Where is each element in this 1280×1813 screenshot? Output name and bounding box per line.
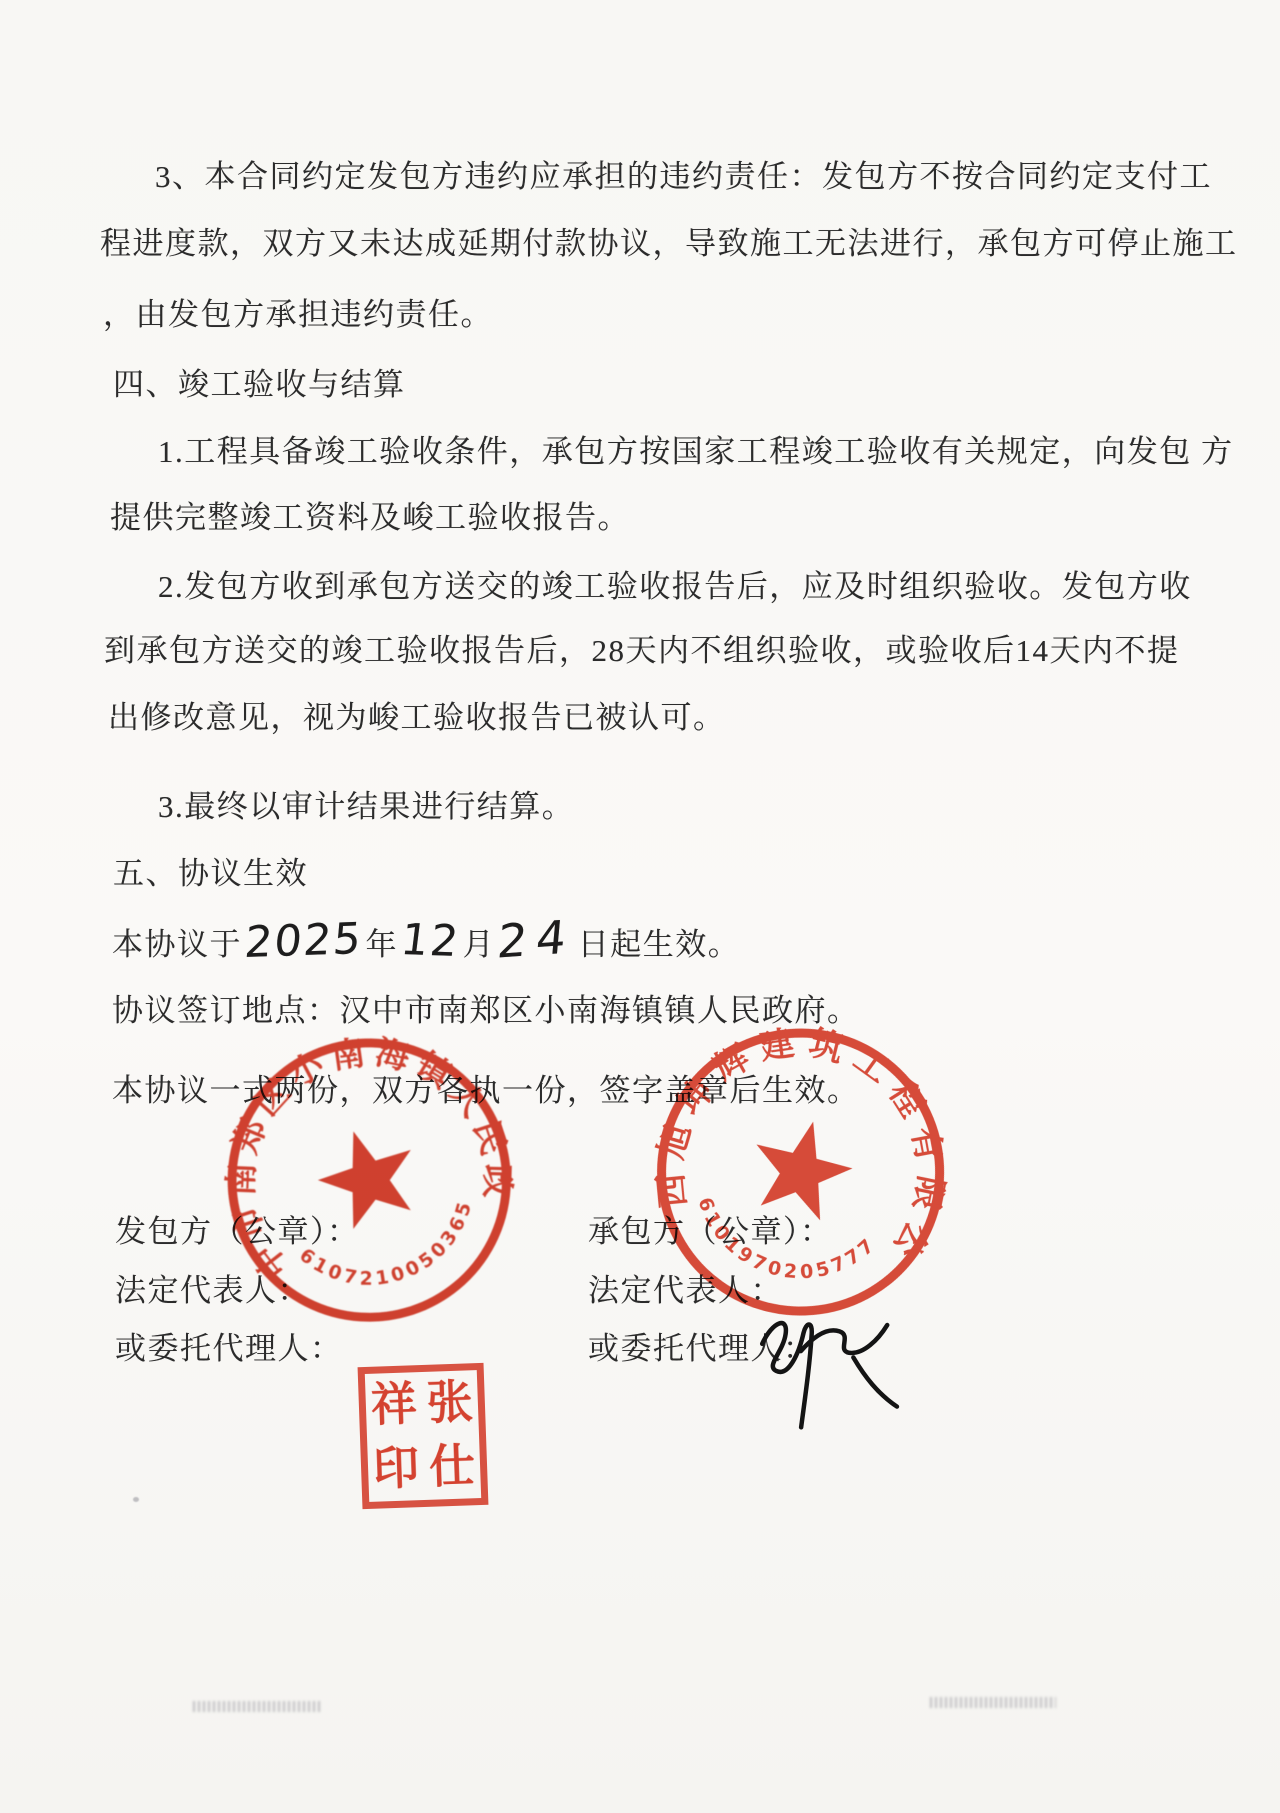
svg-text:6107210050365: 6107210050365 (292, 1191, 494, 1314)
section5-heading: 五、协议生效 (113, 855, 308, 892)
handwritten-day: 24 (495, 909, 577, 969)
handwritten-year: 2025 (243, 914, 365, 970)
item2-line2: 到承包方送交的竣工验收报告后，28天内不组织验收，或验收后14天内不提 (104, 632, 1180, 669)
star-icon (742, 1110, 861, 1225)
section4-heading: 四、竣工验收与结算 (113, 366, 406, 403)
handwritten-month: 12 (398, 915, 463, 969)
year-label: 年 (365, 926, 398, 963)
month-label: 月 (463, 926, 496, 963)
clause3-line3: ，由发包方承担违约责任。 (103, 296, 493, 333)
effective-date-line: 本协议于2025年12月24日起生效。 (112, 912, 740, 968)
personal-name-seal: 祥 张 印 仕 (358, 1363, 489, 1509)
employer-seal-graphic: 汉中市南郑区小南海镇人民政府 6107210050365 (183, 994, 556, 1367)
clause3-line2: 程进度款，双方又未达成延期付款协议，导致施工无法进行，承包方可停止施工 (100, 225, 1238, 262)
name-seal-char: 印 (372, 1445, 420, 1493)
item2-line1: 2.发包方收到承包方送交的竣工验收报告后，应及时组织验收。发包方收 (158, 568, 1192, 605)
signature-scribble (737, 1281, 927, 1448)
item1-line1: 1.工程具备竣工验收条件，承包方按国家工程竣工验收有关规定，向发包 方 (158, 433, 1234, 470)
employer-official-seal: 汉中市南郑区小南海镇人民政府 6107210050365 (183, 994, 558, 1372)
item1-line2: 提供完整竣工资料及峻工验收报告。 (110, 499, 630, 536)
day-label: 日起生效。 (578, 926, 741, 963)
item2-line3: 出修改意见，视为峻工验收报告已被认可。 (108, 699, 726, 736)
bleed-through-artifact (193, 1701, 323, 1712)
effective-date-prefix: 本协议于 (112, 926, 242, 963)
item3-line: 3.最终以审计结果进行结算。 (158, 788, 574, 825)
name-seal-char: 张 (426, 1379, 474, 1427)
star-icon (307, 1116, 429, 1234)
employer-seal-code: 6107210050365 (292, 1191, 494, 1314)
bleed-through-artifact (930, 1697, 1056, 1708)
contract-page: 3、本合同约定发包方违约应承担的违约责任：发包方不按合同约定支付工 程进度款，双… (0, 0, 1280, 1813)
handwritten-signature (737, 1281, 928, 1453)
scan-speck (133, 1497, 139, 1502)
clause3-line1: 3、本合同约定发包方违约应承担的违约责任：发包方不按合同约定支付工 (155, 158, 1212, 195)
name-seal-char: 祥 (370, 1381, 418, 1429)
name-seal-char: 仕 (428, 1443, 476, 1491)
